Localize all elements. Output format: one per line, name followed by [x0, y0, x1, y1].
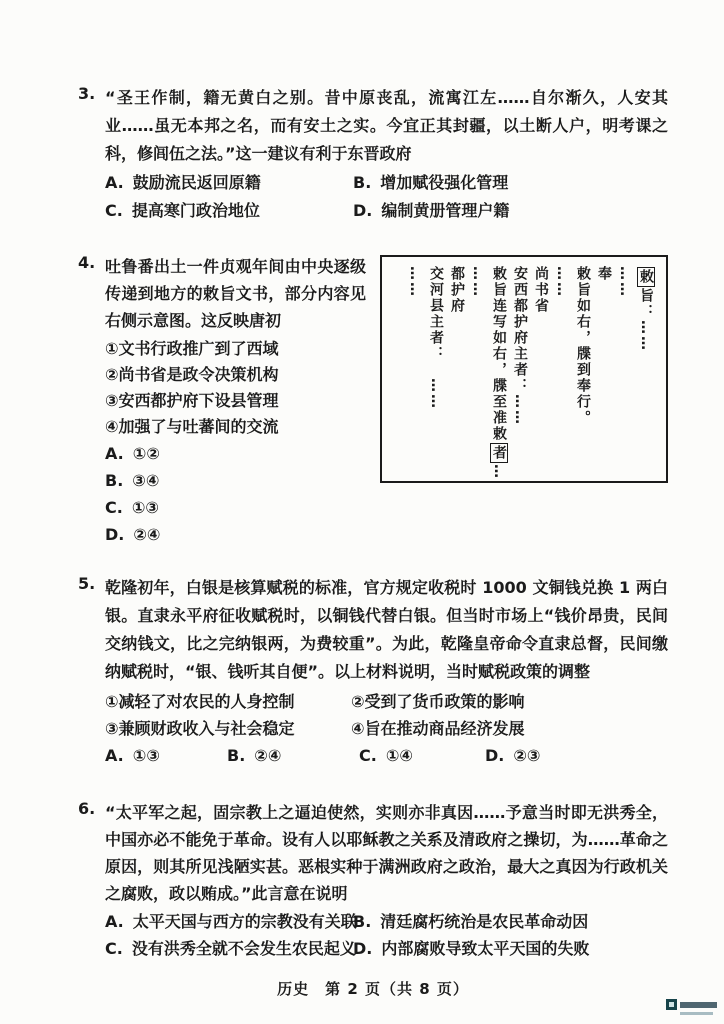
figure-column: 敕旨如右，牒到奉行。 — [572, 266, 593, 475]
option-group: A.①② B.③④ C.①③ D.②④ — [105, 440, 366, 548]
question-stem: 吐鲁番出土一件贞观年间由中央逐级传递到地方的敕旨文书，部分内容见右侧示意图。这反… — [105, 253, 366, 334]
option-d: D.编制黄册管理户籍 — [353, 197, 668, 225]
option-text: 提高寒门政治地位 — [132, 201, 260, 220]
figure-column: 敕旨：…… — [635, 266, 656, 475]
option-text: ②③ — [513, 746, 540, 765]
question-stem: 乾隆初年，白银是核算赋税的标准，官方规定收税时 1000 文铜钱兑换 1 两白银… — [105, 574, 668, 686]
option-a: A.①② — [105, 440, 366, 467]
option-a: A.①③ — [105, 742, 227, 769]
option-b: B.增加赋役强化管理 — [353, 169, 668, 197]
option-text: ②④ — [254, 746, 281, 765]
option-b: B.③④ — [105, 467, 366, 494]
option-c: C.①④ — [359, 742, 485, 769]
option-label: D. — [485, 746, 504, 765]
option-text: 编制黄册管理户籍 — [381, 201, 509, 220]
option-text: ①② — [133, 444, 160, 463]
question-number: 4. — [78, 253, 95, 272]
option-text: 太平天国与西方的宗教没有关联 — [133, 912, 357, 931]
question-3: 3. “圣王作制，籍无黄白之别。昔中原丧乱，流寓江左……自尔渐久，人安其业……虽… — [78, 84, 668, 225]
option-d: D.②④ — [105, 521, 366, 548]
option-text: 增加赋役强化管理 — [380, 173, 508, 192]
figure-column: …… — [614, 266, 635, 475]
option-group: A.鼓励流民返回原籍 B.增加赋役强化管理 C.提高寒门政治地位 D.编制黄册管… — [105, 169, 668, 225]
question-stem: “圣王作制，籍无黄白之别。昔中原丧乱，流寓江左……自尔渐久，人安其业……虽无本邦… — [105, 84, 668, 168]
watermark-badge — [666, 999, 717, 1015]
figure-column: …… — [404, 266, 425, 475]
option-label: B. — [227, 746, 245, 765]
figure-column: 都护府 — [446, 266, 467, 475]
question-stem: “太平军之起，固宗教上之逼迫使然，实则亦非真因……予意当时即无洪秀全，中国亦必不… — [105, 799, 668, 907]
statement-list: ①文书行政推广到了西域 ②尚书省是政令决策机构 ③安西都护府下设县管理 ④加强了… — [105, 336, 366, 440]
boxed-char: 敕 — [637, 267, 655, 287]
question-4: 4. 吐鲁番出土一件贞观年间由中央逐级传递到地方的敕旨文书，部分内容见右侧示意图… — [78, 253, 668, 548]
edict-document-figure: 敕旨：…… …… 奉 敕旨如右，牒到奉行。 …… 尚书省 安西都护府主者：…… … — [380, 255, 668, 483]
option-label: D. — [353, 201, 372, 220]
statement-2: ②尚书省是政令决策机构 — [105, 362, 366, 388]
option-label: B. — [105, 471, 123, 490]
question-number: 5. — [78, 574, 95, 593]
watermark-subtext-smudge — [680, 1012, 713, 1015]
option-c: C.①③ — [105, 494, 366, 521]
watermark-text-smudge — [680, 1002, 717, 1008]
option-text: ①③ — [132, 498, 159, 517]
option-text: 没有洪秀全就不会发生农民起义 — [132, 939, 356, 958]
option-text: ①③ — [133, 746, 160, 765]
question-5: 5. 乾隆初年，白银是核算赋税的标准，官方规定收税时 1000 文铜钱兑换 1 … — [78, 574, 668, 769]
option-group: A.太平天国与西方的宗教没有关联 B.清廷腐朽统治是农民革命动因 C.没有洪秀全… — [105, 908, 668, 962]
option-label: A. — [105, 746, 124, 765]
boxed-char: 者 — [490, 443, 508, 463]
option-label: D. — [105, 525, 124, 544]
option-group: A.①③ B.②④ C.①④ D.②③ — [105, 742, 668, 769]
option-d: D.内部腐败导致太平天国的失败 — [353, 935, 668, 962]
question-number: 3. — [78, 84, 95, 103]
option-text: 清廷腐朽统治是农民革命动因 — [380, 912, 588, 931]
figure-column: …… — [467, 266, 488, 475]
option-text: 内部腐败导致太平天国的失败 — [381, 939, 589, 958]
watermark-logo-icon — [666, 999, 677, 1010]
option-text: 鼓励流民返回原籍 — [133, 173, 261, 192]
option-d: D.②③ — [485, 742, 668, 769]
footer-subject: 历史 — [277, 980, 309, 998]
question-number: 6. — [78, 799, 95, 818]
option-label: C. — [105, 498, 123, 517]
exam-page: 3. “圣王作制，籍无黄白之别。昔中原丧乱，流寓江左……自尔渐久，人安其业……虽… — [0, 0, 724, 1024]
option-text: ③④ — [132, 471, 159, 490]
figure-column: 敕旨连写如右，牒至准敕者…… — [488, 266, 509, 475]
option-label: C. — [359, 746, 377, 765]
footer-page-info: 第 2 页（共 8 页） — [325, 980, 469, 998]
option-label: A. — [105, 173, 124, 192]
statement-4: ④加强了与吐蕃间的交流 — [105, 414, 366, 440]
figure-column: 安西都护府主者：…… — [509, 266, 530, 475]
page-footer: 历史第 2 页（共 8 页） — [78, 978, 668, 1000]
statement-3: ③安西都护府下设县管理 — [105, 388, 366, 414]
statement-3: ③兼顾财政收入与社会稳定 — [105, 715, 351, 742]
option-text: ①④ — [386, 746, 413, 765]
option-label: B. — [353, 173, 371, 192]
option-label: D. — [353, 939, 372, 958]
option-c: C.提高寒门政治地位 — [105, 197, 353, 225]
question-6: 6. “太平军之起，固宗教上之逼迫使然，实则亦非真因……予意当时即无洪秀全，中国… — [78, 799, 668, 962]
option-b: B.②④ — [227, 742, 359, 769]
option-label: C. — [105, 201, 123, 220]
statement-list: ①减轻了对农民的人身控制 ②受到了货币政策的影响 ③兼顾财政收入与社会稳定 ④旨… — [105, 688, 668, 742]
option-label: A. — [105, 444, 124, 463]
option-label: A. — [105, 912, 124, 931]
statement-1: ①文书行政推广到了西域 — [105, 336, 366, 362]
statement-1: ①减轻了对农民的人身控制 — [105, 688, 351, 715]
figure-column: 交河县主者： …… — [425, 266, 446, 475]
option-label: C. — [105, 939, 123, 958]
statement-2: ②受到了货币政策的影响 — [351, 688, 668, 715]
option-a: A.太平天国与西方的宗教没有关联 — [105, 908, 353, 935]
figure-column: 奉 — [593, 266, 614, 475]
option-a: A.鼓励流民返回原籍 — [105, 169, 353, 197]
option-text: ②④ — [133, 525, 160, 544]
figure-column: 尚书省 — [530, 266, 551, 475]
statement-4: ④旨在推动商品经济发展 — [351, 715, 668, 742]
option-c: C.没有洪秀全就不会发生农民起义 — [105, 935, 353, 962]
option-b: B.清廷腐朽统治是农民革命动因 — [353, 908, 668, 935]
option-label: B. — [353, 912, 371, 931]
figure-column: …… — [551, 266, 572, 475]
